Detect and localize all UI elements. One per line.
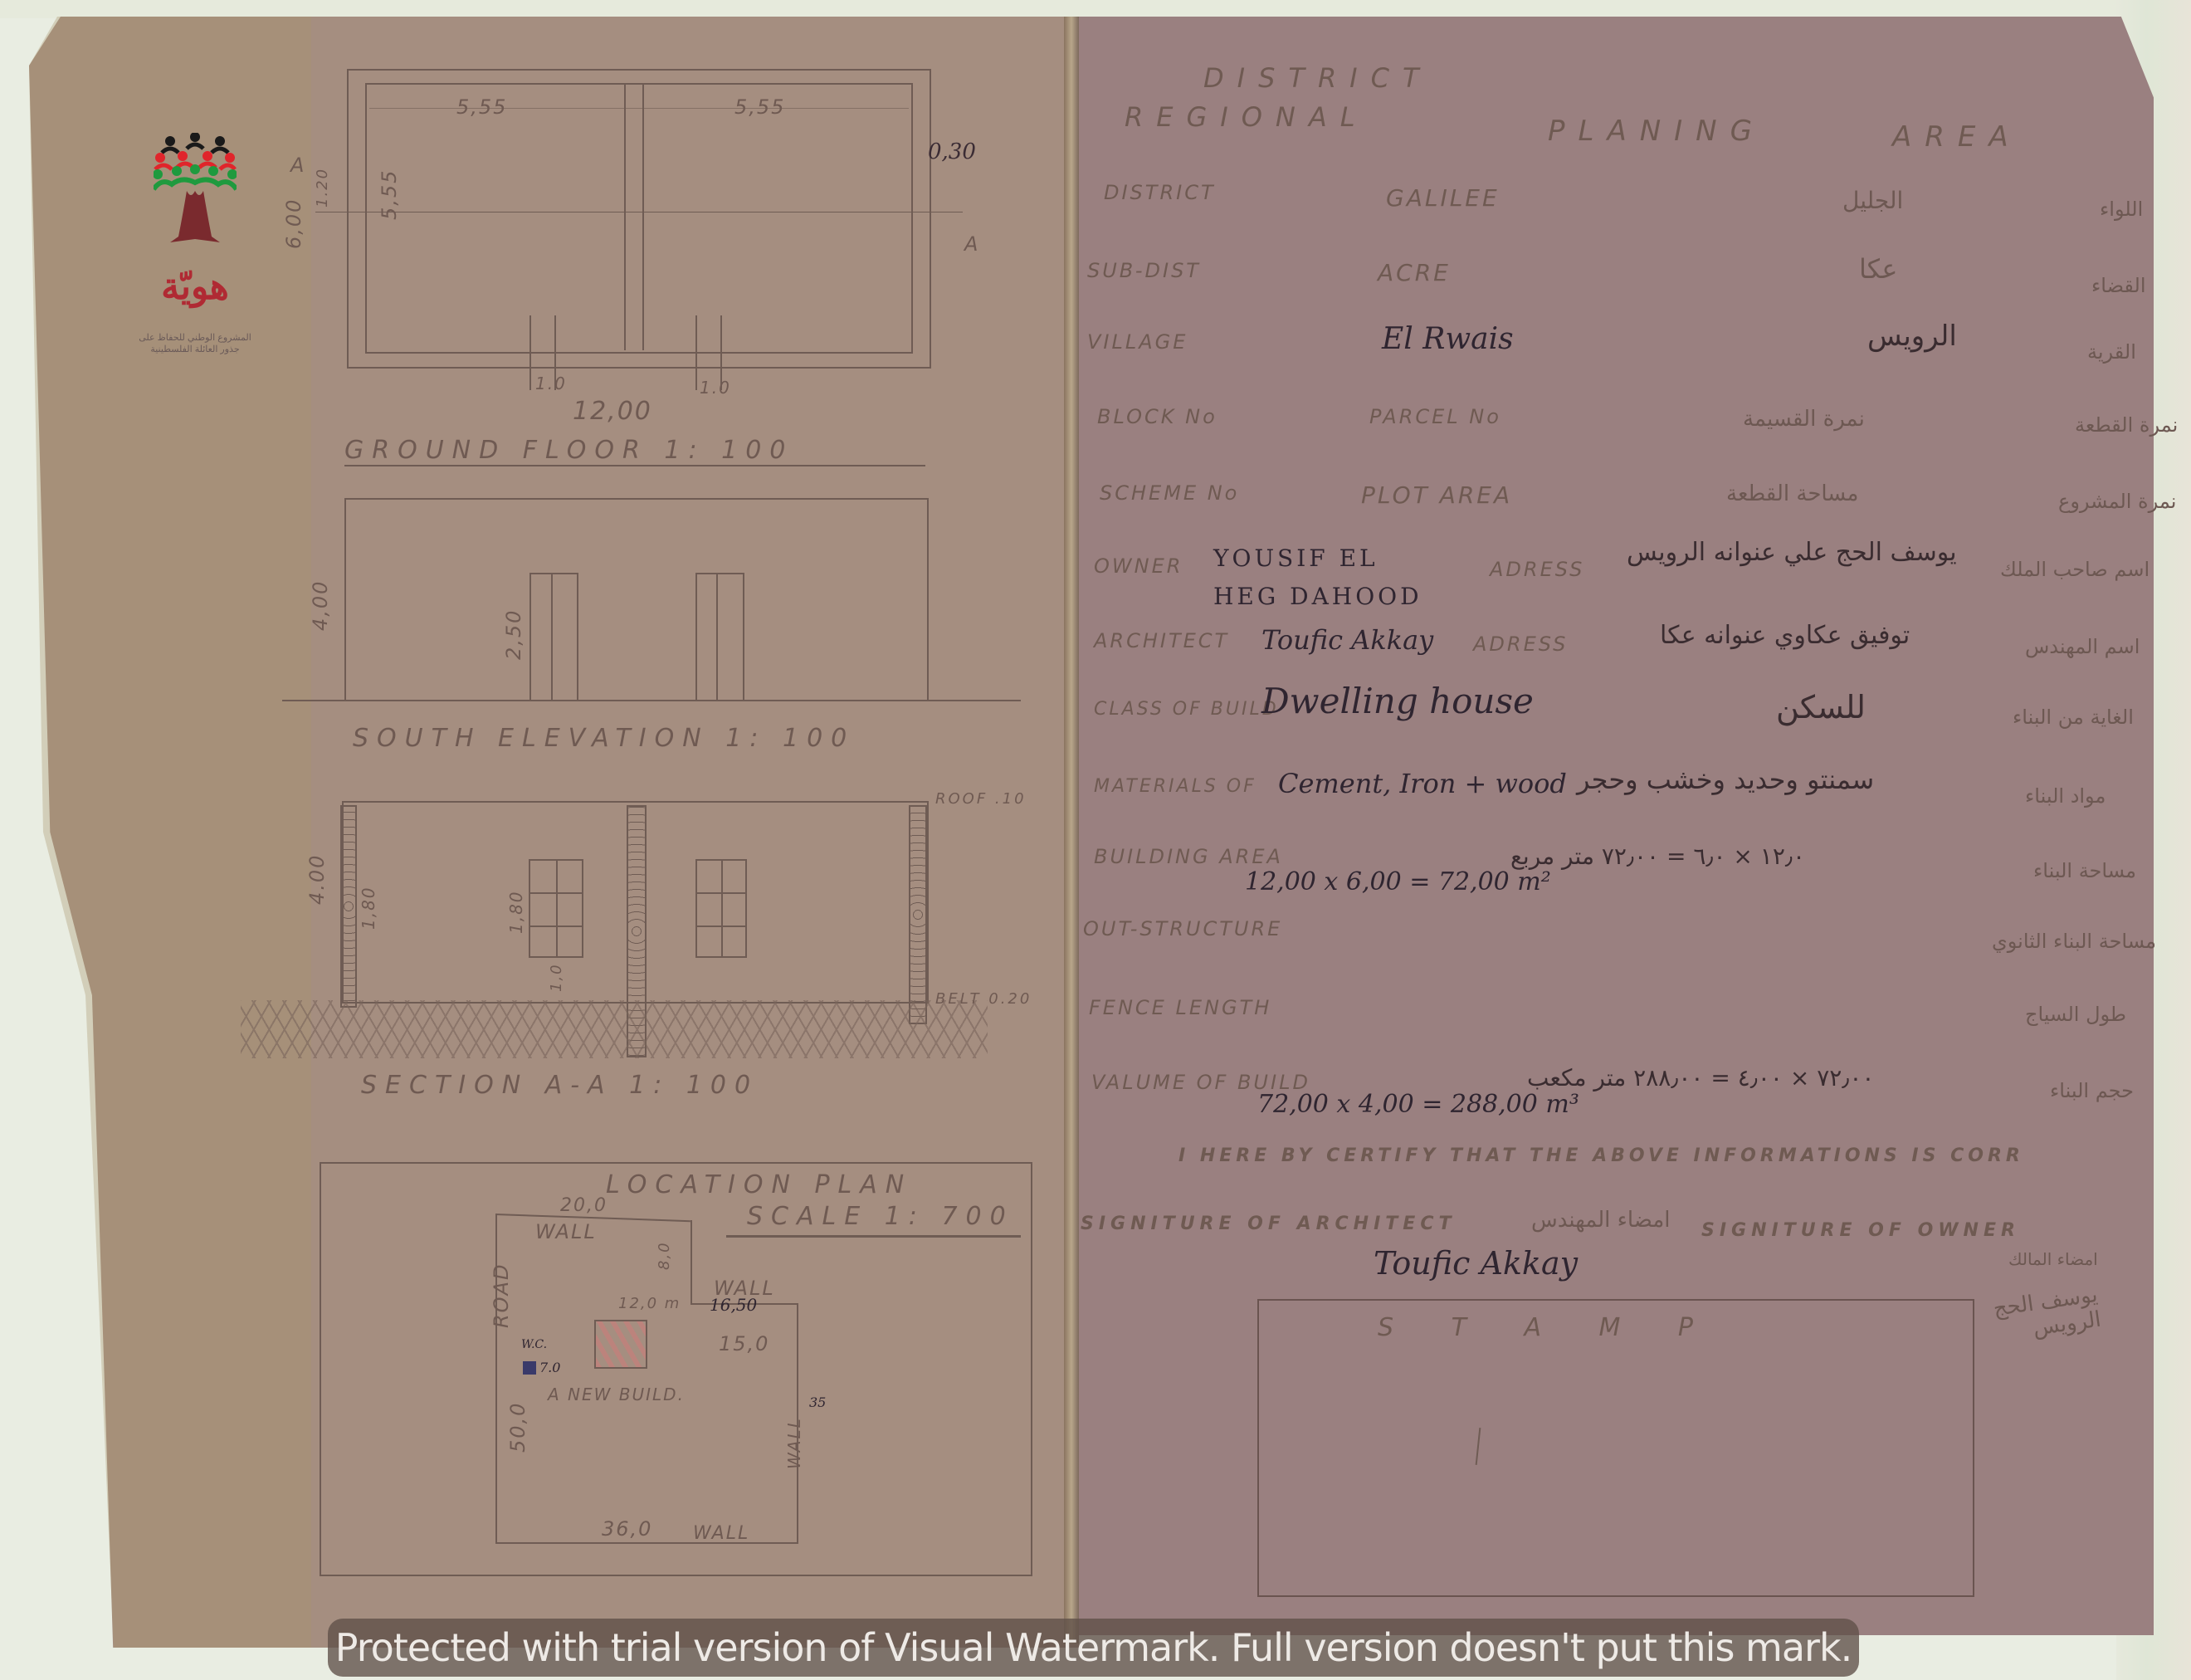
row-label: BLOCK No: [1097, 405, 1217, 428]
partition-wall: [642, 83, 644, 350]
title-underline: [726, 1235, 1021, 1238]
dim-right-segment: 16,50: [710, 1295, 757, 1315]
row-label: MATERIALS OF: [1094, 776, 1257, 797]
background-top: [0, 0, 2191, 18]
row-label-ar: القضاء: [2091, 274, 2146, 297]
row-value-ar: يوسف الحج علي عنوانه الرويس: [1627, 538, 1957, 567]
row-value-ar: للسكن: [1776, 689, 1866, 725]
door-left: [529, 573, 578, 701]
new-building-footprint: [594, 1320, 647, 1369]
dim-sill: 1,0: [548, 963, 565, 992]
window-left: [529, 859, 583, 958]
row-address-label: ADRESS: [1490, 558, 1584, 581]
new-build-label: A NEW BUILD.: [548, 1385, 685, 1404]
architect-signature-label-ar: امضاء المهندس: [1531, 1208, 1671, 1233]
plot-notch: [690, 1220, 692, 1303]
dim-building-width: 12,0 m: [618, 1295, 681, 1312]
row-label: ARCHITECT: [1094, 629, 1229, 652]
dim-door-height: 2,50: [502, 609, 525, 660]
row-value: ACRE: [1378, 259, 1451, 286]
dim-window-height: 1,80: [506, 890, 526, 934]
logo-title: هويّة: [133, 266, 257, 308]
section-title: SECTION A-A 1: 100: [361, 1071, 759, 1100]
row-value-ar: ١٢٫٠ × ٦٫٠ = ٧٢٫٠٠ متر مربع: [1510, 842, 1805, 870]
row-value: PARCEL No: [1369, 405, 1501, 428]
logo-subtitle: المشروع الوطني للحفاظ على جذور العائلة ا…: [133, 332, 257, 355]
partition-wall: [624, 83, 626, 350]
row-label: SUB-DIST: [1087, 259, 1201, 282]
row-value-ar: ٧٢٫٠٠ × ٤٫٠٠ = ٢٨٨٫٠٠ متر مكعب: [1527, 1064, 1874, 1092]
dim-section-height: 4.00: [305, 854, 329, 905]
owner-signature-label: SIGNITURE OF OWNER: [1701, 1220, 2020, 1241]
dim-depth: 5,55: [378, 169, 401, 220]
door-right-split: [716, 573, 718, 700]
dimension-line: [369, 108, 909, 109]
owner-signature-label-ar: امضاء المالك: [2008, 1249, 2098, 1269]
dim-bottom: 36,0: [602, 1517, 652, 1541]
door-left-split: [551, 573, 553, 700]
door-right: [695, 573, 744, 701]
row-label: OWNER: [1094, 554, 1183, 578]
row-label-ar: مساحة البناء: [2033, 859, 2136, 882]
wall-bottom-label: WALL: [693, 1523, 749, 1544]
ground-line: [282, 700, 1021, 701]
row-value-ar: مساحة القطعة: [1726, 481, 1858, 506]
section-marker-left: A: [290, 154, 305, 177]
row-label: VILLAGE: [1087, 330, 1188, 354]
row-value: Dwelling house: [1261, 681, 1534, 721]
dim-overall-width: 12,00: [573, 397, 652, 426]
dim-mid: 15,0: [719, 1332, 769, 1355]
row-label: SCHEME No: [1100, 481, 1239, 505]
row-label-ar: نمرة المشروع: [2058, 490, 2176, 513]
belt-label: BELT 0.20: [935, 990, 1032, 1008]
row-label-ar: اسم صاحب الملك: [2000, 558, 2150, 581]
row-value: Cement, Iron + wood: [1278, 768, 1567, 799]
stamp-label: S T A M P: [1378, 1313, 1718, 1342]
row-value-ar: سمنتو وحديد وخشب وحجر: [1577, 764, 1874, 795]
row-value: GALILEE: [1386, 184, 1500, 212]
row-value-ar: نمرة القسيمة: [1743, 407, 1865, 432]
form-header-district: DISTRICT: [1203, 62, 1432, 94]
sheet-stain: [29, 17, 311, 1648]
south-elevation-title: SOUTH ELEVATION 1: 100: [353, 724, 855, 753]
plot-bottom-boundary: [495, 1542, 798, 1544]
row-address-label: ADRESS: [1473, 632, 1568, 656]
location-plan-scale: SCALE 1: 700: [747, 1202, 1014, 1231]
row-label: FENCE LENGTH: [1089, 996, 1271, 1019]
wc-marker: [523, 1361, 536, 1375]
row-value: PLOT AREA: [1361, 481, 1512, 509]
title-underline: [344, 465, 925, 466]
dim-room-left: 5,55: [456, 95, 507, 119]
form-header-area: AREA: [1892, 120, 2022, 154]
row-value: Toufic Akkay: [1261, 624, 1433, 656]
row-label-ar: القرية: [2087, 340, 2136, 364]
row-label-ar: نمرة القطعة: [2075, 413, 2178, 437]
row-label-ar: حجم البناء: [2050, 1079, 2134, 1102]
dim-room-right: 5,55: [734, 95, 785, 119]
logo-subtitle-line1: المشروع الوطني للحفاظ على: [133, 332, 257, 344]
window-right: [695, 859, 747, 958]
dim-left: 50,0: [506, 1402, 529, 1453]
row-label: OUT-STRUCTURE: [1083, 917, 1282, 940]
door-mark: [695, 315, 697, 390]
row-label-ar: اسم المهندس: [2025, 635, 2140, 658]
location-plan-title: LOCATION PLAN: [606, 1170, 912, 1199]
dim-top: 20,0: [560, 1195, 608, 1216]
row-value-ar: توفيق عكاوي عنوانه عكا: [1660, 621, 1910, 650]
row-value-ar: الرويس: [1867, 320, 1957, 353]
wc-dim: 7.0: [539, 1360, 560, 1375]
wall-side-label: WALL: [784, 1417, 804, 1469]
row-value: El Rwais: [1382, 322, 1514, 356]
row-value-ar: الجليل: [1842, 187, 1903, 214]
door-mark: [529, 315, 531, 390]
row-label: CLASS OF BUILD: [1094, 699, 1279, 720]
wall-masonry-left: [340, 805, 357, 1008]
wall-top-label: WALL: [535, 1220, 597, 1243]
row-label: DISTRICT: [1104, 181, 1216, 204]
sheet-fold: [1064, 17, 1079, 1643]
row-label-ar: اللواء: [2100, 198, 2143, 221]
row-label-ar: مساحة البناء الثانوي: [1992, 930, 2156, 953]
logo-subtitle-line2: جذور العائلة الفلسطينية: [133, 344, 257, 355]
wall-masonry-right: [909, 805, 927, 1024]
row-value: YOUSIF EL HEG DAHOOD: [1213, 540, 1437, 616]
architect-signature-label: SIGNITURE OF ARCHITECT: [1081, 1214, 1456, 1234]
row-label-ar: طول السياج: [2025, 1003, 2126, 1026]
ground-floor-title: GROUND FLOOR 1: 100: [344, 436, 793, 465]
dim-wall-height: 1,80: [359, 886, 378, 930]
dim-door-right: 1.0: [700, 378, 731, 398]
dim-wall: 0,30: [928, 139, 976, 164]
dim-side: 35: [809, 1394, 826, 1410]
dim-door-left: 1.0: [535, 374, 567, 393]
stamp-box: [1257, 1299, 1974, 1597]
dim-window-left: 1.20: [314, 168, 331, 208]
trial-watermark: Protected with trial version of Visual W…: [328, 1619, 1859, 1677]
foundation-hatch: [241, 1000, 988, 1058]
architect-signature: Toufic Akkay: [1374, 1245, 1578, 1282]
plan-inner-wall: [365, 83, 913, 354]
row-label-ar: الغاية من البناء: [2013, 706, 2134, 729]
row-value: 72,00 x 4,00 = 288,00 m³: [1257, 1090, 1579, 1119]
dim-overall-depth: 6,00: [282, 198, 305, 249]
wc-label: W.C.: [521, 1338, 547, 1351]
row-value: 12,00 x 6,00 = 72,00 m²: [1245, 867, 1551, 896]
dim-right-upper: 8,0: [656, 1241, 673, 1270]
certify-statement: I HERE BY CERTIFY THAT THE ABOVE INFORMA…: [1178, 1145, 2024, 1166]
dim-height: 4,00: [309, 580, 332, 631]
row-label-ar: مواد البناء: [2025, 784, 2106, 808]
section-marker-right: A: [964, 232, 979, 256]
family-tree-icon: [154, 133, 237, 249]
row-label: BUILDING AREA: [1094, 845, 1283, 868]
elevation-outline: [344, 498, 929, 701]
section-line: [315, 212, 963, 212]
form-header-regional: REGIONAL: [1125, 101, 1369, 133]
row-value-ar: عكا: [1859, 253, 1898, 285]
form-header-planing: PLANING: [1548, 115, 1765, 148]
road-label: ROAD: [490, 1263, 513, 1328]
roof-label: ROOF .10: [935, 790, 1027, 808]
